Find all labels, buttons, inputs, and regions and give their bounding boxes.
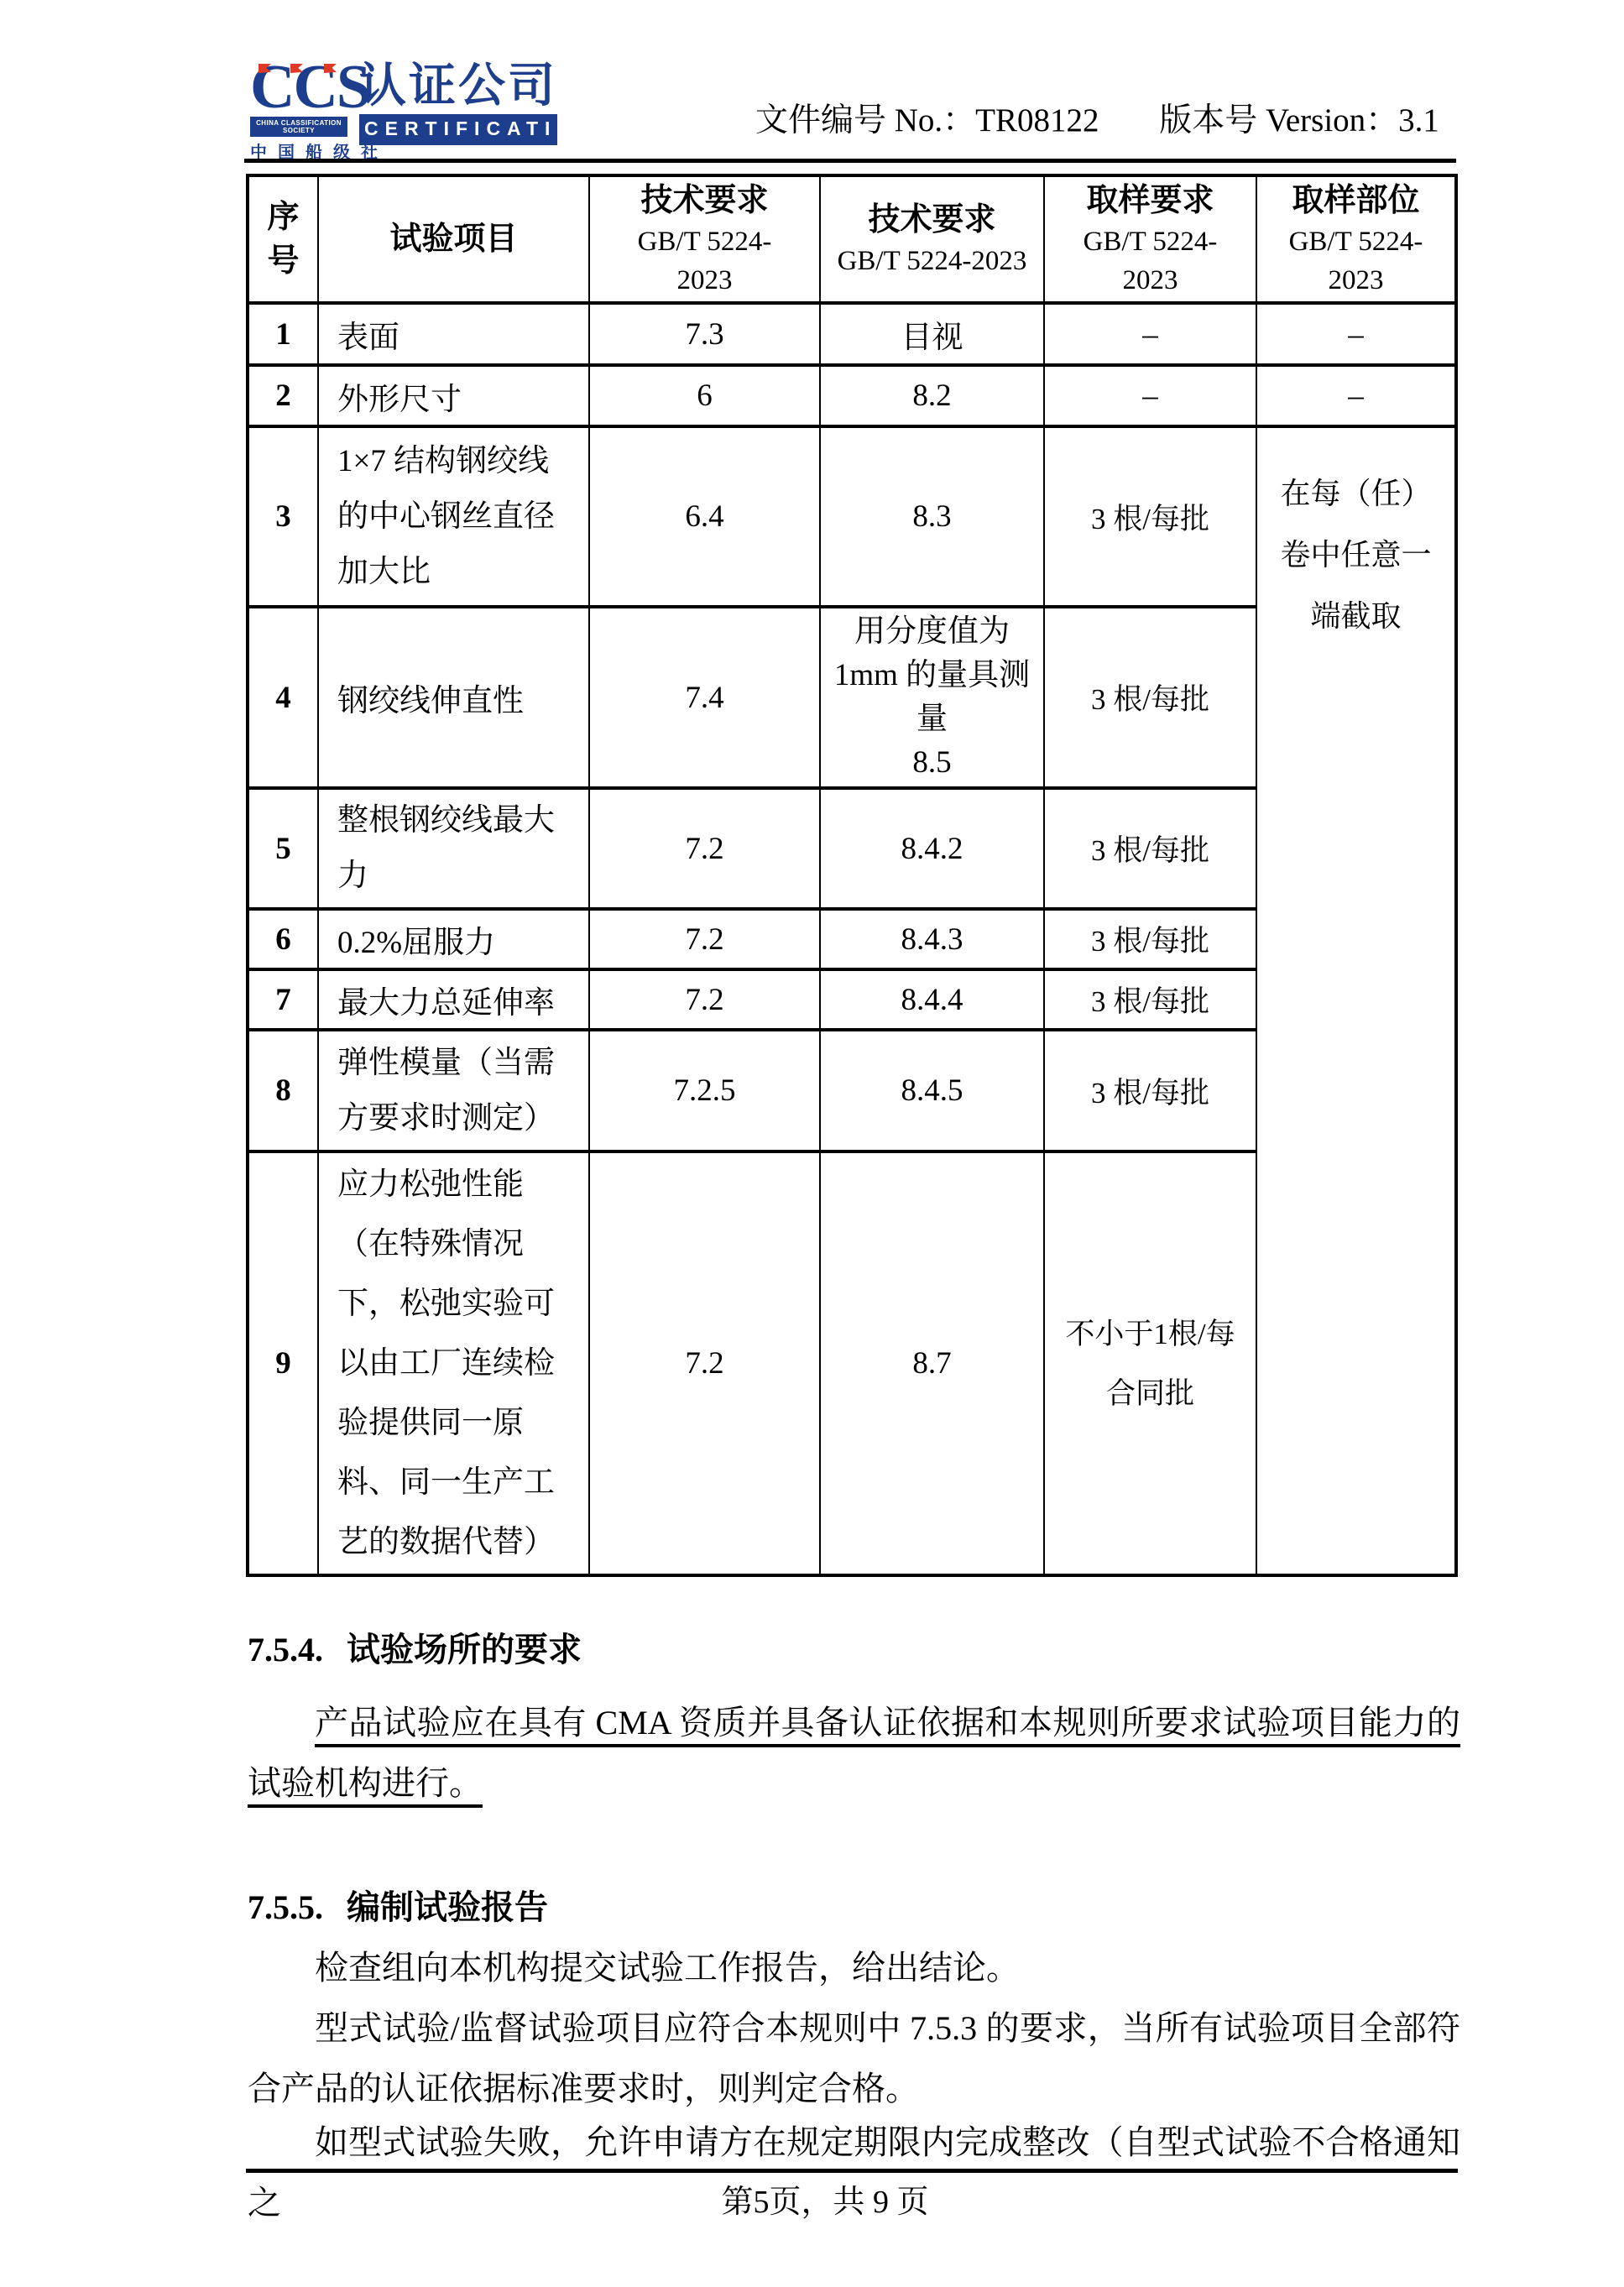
section-number: 7.5.4. [248,1631,323,1668]
header-rule [244,159,1456,163]
page-number: 第5页，共 9 页 [246,2175,1404,2222]
brand-name-cn: 认证公司 [359,62,557,111]
col-header-tech-req-2: 技术要求GB/T 5224-2023 [820,175,1044,303]
cell-tech-req-2: 8.4.4 [820,969,1044,1030]
cell-sampling-location: – [1256,365,1456,426]
section-754-paragraph: 产品试验应在具有 CMA 资质并具备认证依据和本规则所要求试验项目能力的试验机构… [248,1693,1460,1814]
cell-tech-req-2: 8.4.3 [820,909,1044,969]
cell-sampling-req: 3 根/每批 [1044,1030,1256,1151]
brand-name-en: CERTIFICATION [359,114,557,145]
section-heading-755: 7.5.5.编制试验报告 [248,1877,1460,1938]
cell-sampling-req: 3 根/每批 [1044,909,1256,969]
cell-tech-req-1: 7.2 [589,909,820,969]
section-number: 7.5.5. [248,1888,323,1926]
cell-seq: 9 [248,1151,318,1575]
cell-tech-req-1: 7.2 [589,1151,820,1575]
cell-seq: 2 [248,365,318,426]
table-row: 1 表面 7.3 目视 – – [248,303,1456,365]
cell-test-item: 1×7 结构钢绞线 的中心钢丝直径 加大比 [318,426,589,607]
col-header-test-item: 试验项目 [318,175,589,303]
cell-sampling-req: 3 根/每批 [1044,788,1256,909]
cell-tech-req-1: 6.4 [589,426,820,607]
section-title: 试验场所的要求 [347,1631,582,1668]
cell-tech-req-2: 8.4.2 [820,788,1044,909]
cell-tech-req-1: 7.3 [589,303,820,365]
cell-tech-req-1: 7.2 [589,969,820,1030]
cell-test-item: 弹性模量（当需 方要求时测定） [318,1030,589,1151]
society-name-en: CHINA CLASSIFICATION SOCIETY [250,117,347,137]
cell-tech-req-2: 8.4.5 [820,1030,1044,1151]
document-number: 文件编号 No.：TR08122 [755,102,1099,138]
cell-tech-req-2: 目视 [820,303,1044,365]
cell-test-item: 0.2%屈服力 [318,909,589,969]
cell-sampling-req: 3 根/每批 [1044,969,1256,1030]
ccs-logo: CCS CHINA CLASSIFICATION SOCIETY 中 国 船 级… [250,62,557,163]
cell-tech-req-1: 6 [589,365,820,426]
cell-tech-req-2: 8.2 [820,365,1044,426]
col-header-seq: 序 号 [248,175,318,303]
cell-tech-req-2: 8.3 [820,426,1044,607]
col-header-sampling-req: 取样要求GB/T 5224- 2023 [1044,175,1256,303]
cell-test-item: 表面 [318,303,589,365]
ccs-logo-right: 认证公司 CERTIFICATION [359,62,557,163]
table-row: 2 外形尺寸 6 8.2 – – [248,365,1456,426]
cell-sampling-req: 不小于1根/每 合同批 [1044,1151,1256,1575]
cell-test-item: 外形尺寸 [318,365,589,426]
cell-test-item: 整根钢绞线最大 力 [318,788,589,909]
cell-tech-req-2: 8.7 [820,1151,1044,1575]
cell-seq: 5 [248,788,318,909]
cell-tech-req-1: 7.2 [589,788,820,909]
table-header-row: 序 号 试验项目 技术要求GB/T 5224- 2023 技术要求GB/T 52… [248,175,1456,303]
cell-sampling-location-merged: 在每（任） 卷中任意一 端截取 [1256,426,1456,1575]
cell-seq: 3 [248,426,318,607]
document-page: CCS CHINA CLASSIFICATION SOCIETY 中 国 船 级… [0,0,1624,2287]
cell-test-item: 应力松弛性能 （在特殊情况 下，松弛实验可 以由工厂连续检 验提供同一原 料、同… [318,1151,589,1575]
cell-seq: 7 [248,969,318,1030]
cell-sampling-req: – [1044,303,1256,365]
cell-seq: 8 [248,1030,318,1151]
cell-sampling-location: – [1256,303,1456,365]
document-version: 版本号 Version：3.1 [1159,102,1439,138]
document-meta: 文件编号 No.：TR08122 版本号 Version：3.1 [755,94,1469,141]
col-header-sampling-location: 取样部位GB/T 5224- 2023 [1256,175,1456,303]
cell-tech-req-2: 用分度值为 1mm 的量具测 量 8.5 [820,607,1044,788]
section-755-paragraph-1: 检查组向本机构提交试验工作报告，给出结论。 [248,1938,1460,1998]
section-title: 编制试验报告 [347,1888,548,1926]
cell-sampling-req: 3 根/每批 [1044,426,1256,607]
cell-seq: 6 [248,909,318,969]
cell-sampling-req: 3 根/每批 [1044,607,1256,788]
cell-tech-req-1: 7.4 [589,607,820,788]
cell-sampling-req: – [1044,365,1256,426]
cell-seq: 4 [248,607,318,788]
section-heading-754: 7.5.4.试验场所的要求 [248,1620,1460,1680]
body-sections: 7.5.4.试验场所的要求 产品试验应在具有 CMA 资质并具备认证依据和本规则… [248,1620,1460,2233]
col-header-tech-req-1: 技术要求GB/T 5224- 2023 [589,175,820,303]
ccs-logo-left: CCS CHINA CLASSIFICATION SOCIETY 中 国 船 级… [250,62,347,163]
cell-test-item: 钢绞线伸直性 [318,607,589,788]
test-requirements-table: 序 号 试验项目 技术要求GB/T 5224- 2023 技术要求GB/T 52… [246,174,1458,1577]
table-row: 3 1×7 结构钢绞线 的中心钢丝直径 加大比 6.4 8.3 3 根/每批 在… [248,426,1456,607]
section-755-paragraph-2: 型式试验/监督试验项目应符合本规则中 7.5.3 的要求，当所有试验项目全部符合… [248,1998,1460,2119]
footer-rule [246,2169,1458,2173]
cell-seq: 1 [248,303,318,365]
cell-tech-req-1: 7.2.5 [589,1030,820,1151]
cell-test-item: 最大力总延伸率 [318,969,589,1030]
